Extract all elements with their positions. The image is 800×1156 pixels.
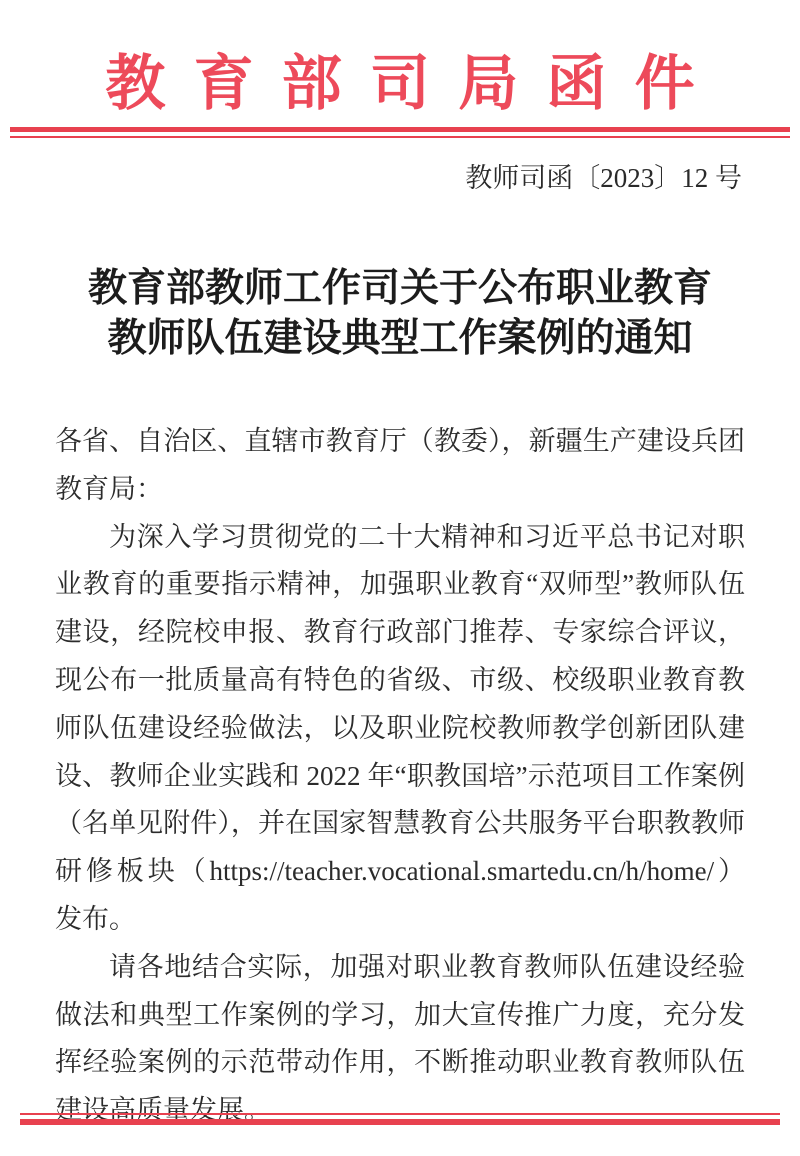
body-paragraph-1: 为深入学习贯彻党的二十大精神和习近平总书记对职业教育的重要指示精神，加强职业教育…: [55, 514, 745, 944]
footer-thick-line: [20, 1119, 780, 1125]
body-paragraph-2: 请各地结合实际，加强对职业教育教师队伍建设经验做法和典型工作案例的学习，加大宣传…: [55, 944, 745, 1135]
document-title-line2: 教师队伍建设典型工作案例的通知: [0, 313, 800, 363]
salutation: 各省、自治区、直辖市教育厅（教委），新疆生产建设兵团教育局：: [55, 418, 745, 514]
document-title: 教育部教师工作司关于公布职业教育 教师队伍建设典型工作案例的通知: [0, 263, 800, 363]
separator-thin-line: [10, 136, 790, 138]
document-title-line1: 教育部教师工作司关于公布职业教育: [0, 263, 800, 313]
letterhead-title: 教育部司局函件: [0, 36, 800, 122]
document-body: 各省、自治区、直辖市教育厅（教委），新疆生产建设兵团教育局： 为深入学习贯彻党的…: [55, 418, 745, 1135]
letterhead-separator: [10, 127, 790, 138]
document-number: 教师司函〔2023〕12 号: [465, 156, 742, 195]
footer-separator: [20, 1113, 780, 1125]
official-letter-page: 教育部司局函件 教师司函〔2023〕12 号 教育部教师工作司关于公布职业教育 …: [0, 0, 800, 1156]
